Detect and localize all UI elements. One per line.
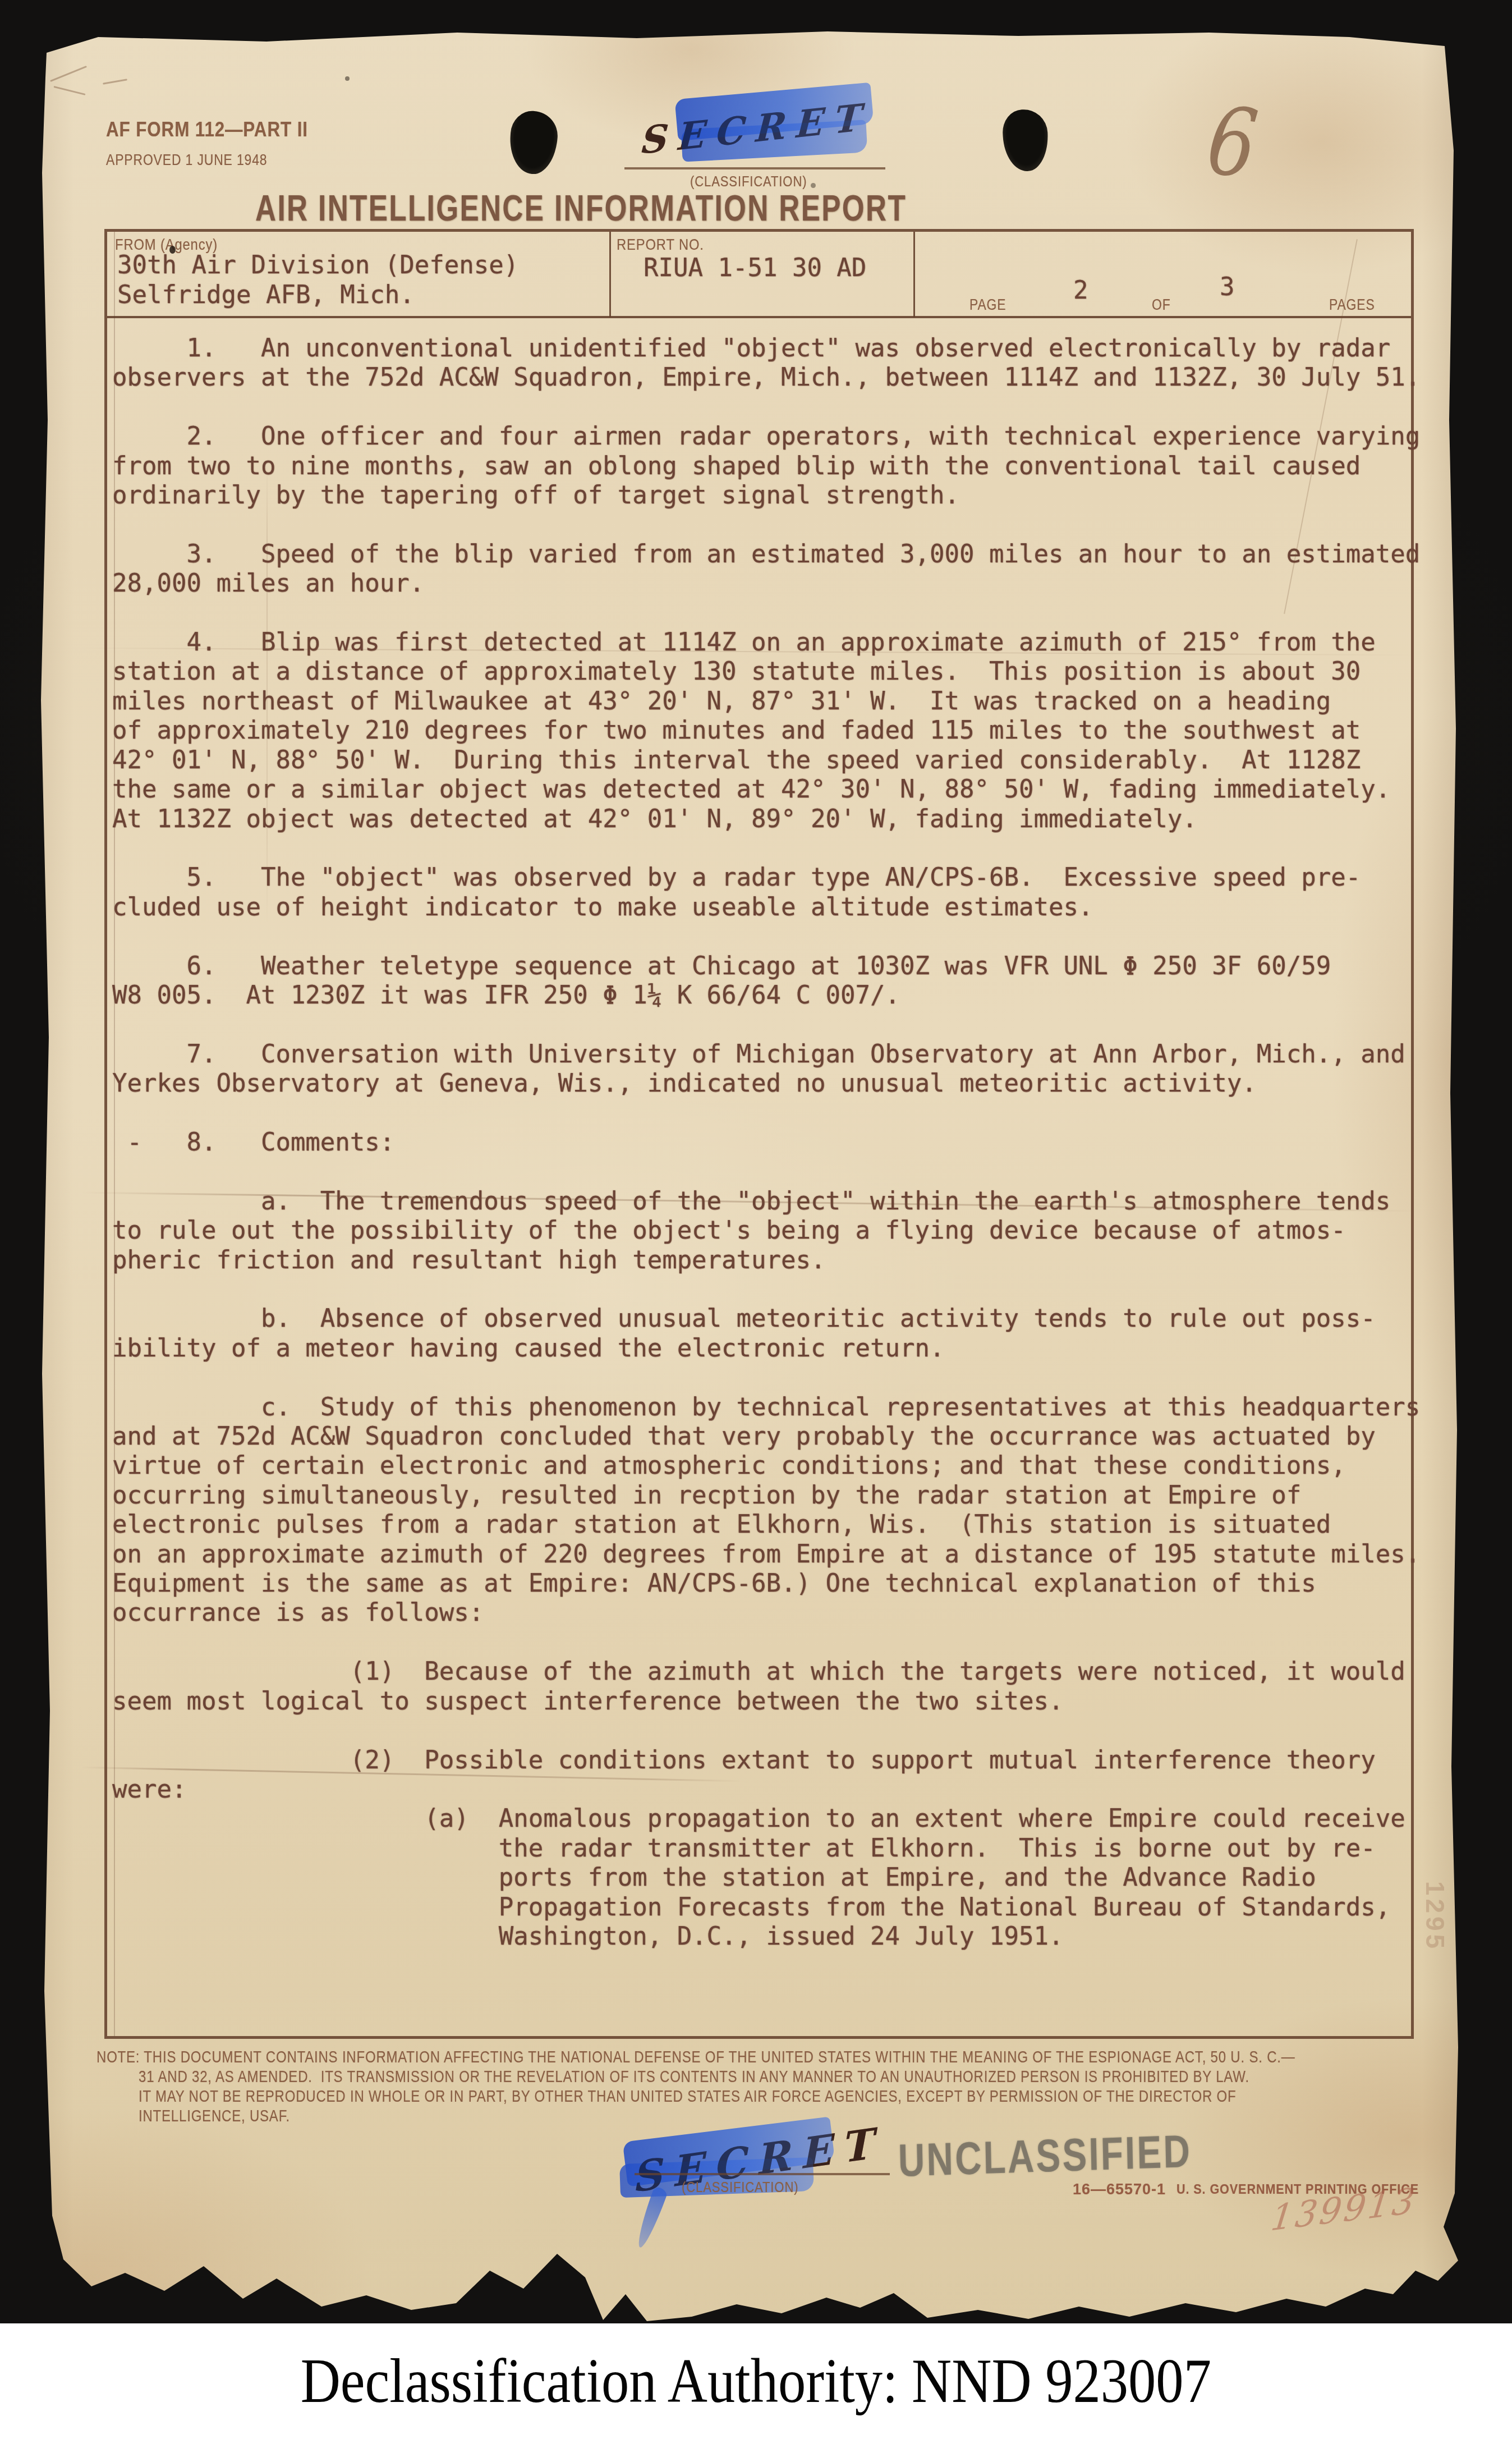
report-body-text: 1. An unconventional unidentified "objec… bbox=[112, 334, 1420, 1951]
pencil-squiggle bbox=[53, 86, 85, 95]
header-row-divider bbox=[107, 316, 1411, 318]
pencil-squiggle bbox=[103, 79, 127, 85]
report-no-value: RIUA 1-51 30 AD bbox=[644, 254, 866, 282]
of-label: OF bbox=[1152, 296, 1171, 314]
scanned-document-page: AF FORM 112—PART II APPROVED 1 JUNE 1948… bbox=[0, 0, 1512, 2439]
ink-speck bbox=[402, 352, 406, 356]
report-no-label: REPORT NO. bbox=[617, 236, 704, 254]
ink-speck bbox=[345, 76, 350, 81]
from-agency-value: 30th Air Division (Defense) Selfridge AF… bbox=[117, 250, 518, 310]
declassification-bar: Declassification Authority: NND 923007 bbox=[0, 2323, 1512, 2439]
total-pages-value: 3 bbox=[1220, 273, 1235, 301]
punch-hole-right bbox=[1001, 108, 1050, 172]
header-cell-divider-2 bbox=[913, 232, 915, 317]
security-note-line1: NOTE: THIS DOCUMENT CONTAINS INFORMATION… bbox=[96, 2047, 1295, 2067]
page-label: PAGE bbox=[969, 296, 1006, 314]
form-id: AF FORM 112—PART II bbox=[106, 118, 308, 141]
paper-crease-vertical bbox=[266, 465, 268, 925]
page-number-value: 2 bbox=[1073, 276, 1088, 305]
classification-underline-bottom bbox=[635, 2173, 890, 2175]
pages-label: PAGES bbox=[1329, 296, 1375, 314]
classification-underline-top bbox=[624, 167, 885, 169]
margin-number-faint: 1295 bbox=[1420, 1881, 1450, 1952]
form-approved-date: APPROVED 1 JUNE 1948 bbox=[106, 152, 267, 169]
declassification-authority-text: Declassification Authority: NND 923007 bbox=[301, 2345, 1211, 2418]
security-note: NOTE: THIS DOCUMENT CONTAINS INFORMATION… bbox=[96, 2047, 1512, 2067]
unclassified-stamp: UNCLASSIFIED bbox=[898, 2135, 1265, 2188]
paper-sheet: AF FORM 112—PART II APPROVED 1 JUNE 1948… bbox=[31, 27, 1465, 2323]
ink-speck bbox=[169, 246, 176, 254]
punch-hole-left bbox=[508, 109, 559, 176]
pencil-squiggle bbox=[50, 66, 87, 82]
classification-caption-bottom: (CLASSIFICATION) bbox=[682, 2179, 798, 2196]
handwritten-page-number: 6 bbox=[1202, 85, 1263, 200]
print-code: 16—65570-1 bbox=[1073, 2181, 1166, 2198]
header-cell-divider-1 bbox=[609, 232, 611, 317]
ink-speck bbox=[811, 183, 816, 188]
report-title: AIR INTELLIGENCE INFORMATION REPORT bbox=[255, 187, 1501, 229]
